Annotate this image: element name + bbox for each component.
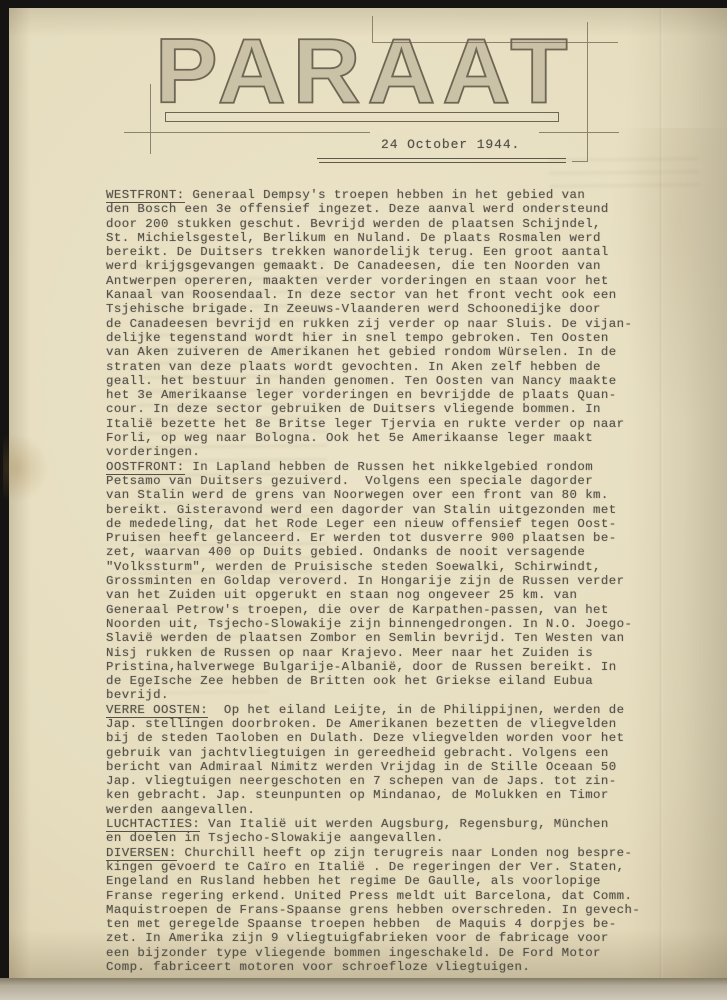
section-text: Churchill heeft op zijn terugreis naar L… <box>106 846 640 974</box>
section-luchtacties: LUCHTACTIES: Van Italië uit werden Augsb… <box>106 817 666 846</box>
section-heading: OOSTFRONT: <box>106 460 185 475</box>
section-diversen: DIVERSEN: Churchill heeft op zijn terugr… <box>106 846 666 975</box>
pencil-guide-line <box>124 132 370 133</box>
pencil-guide-line <box>150 84 151 154</box>
section-verre-oosten: VERRE OOSTEN: Op het eiland Leijte, in d… <box>106 703 666 817</box>
section-heading: WESTFRONT: <box>106 188 185 203</box>
pencil-guide-line <box>539 132 619 133</box>
article-body: WESTFRONT: Generaal Dempsy's troepen heb… <box>106 188 666 974</box>
issue-date: 24 October 1944. <box>381 137 520 152</box>
section-text: In Lapland hebben de Russen het nikkelge… <box>106 460 632 703</box>
section-heading: DIVERSEN: <box>106 846 177 861</box>
section-oostfront: OOSTFRONT: In Lapland hebben de Russen h… <box>106 460 666 703</box>
pencil-guide-line <box>587 22 588 162</box>
date-underline <box>319 162 566 163</box>
newspaper-page: PARAAT 24 October 1944. WESTFRONT: Gener… <box>9 8 727 978</box>
scan-bed-edge <box>0 978 727 1000</box>
masthead-underline-bar <box>165 112 559 122</box>
scan-background: PARAAT 24 October 1944. WESTFRONT: Gener… <box>0 0 727 1000</box>
section-westfront: WESTFRONT: Generaal Dempsy's troepen heb… <box>106 188 666 460</box>
section-heading: VERRE OOSTEN: <box>106 703 208 718</box>
paper-stain <box>3 433 49 503</box>
date-underline <box>317 158 566 159</box>
masthead-title: PARAAT <box>155 25 585 117</box>
section-text: Op het eiland Leijte, in de Philippijnen… <box>106 703 624 817</box>
section-heading: LUCHTACTIES: <box>106 817 200 832</box>
section-text: Generaal Dempsy's troepen hebben in het … <box>106 188 632 459</box>
pencil-guide-line <box>572 161 587 162</box>
